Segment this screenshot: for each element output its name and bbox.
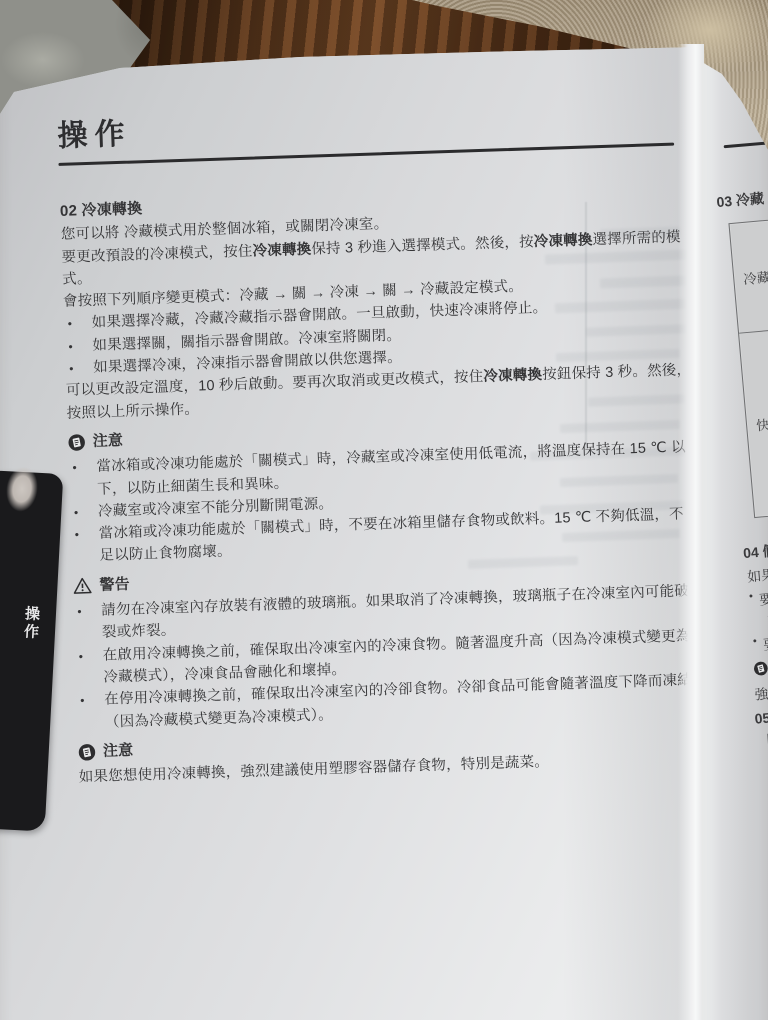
table-cell-power-cool: 快速冷藏 bbox=[739, 323, 768, 516]
right-intro-line: 如果您將 bbox=[746, 562, 768, 587]
chapter-tab-label: 操作 bbox=[20, 605, 43, 642]
right-note-row: 注意 bbox=[752, 655, 768, 679]
warning-label: 警告 bbox=[99, 574, 130, 597]
bold-term: 冷凍轉換 bbox=[252, 241, 311, 259]
left-page-blocks: 02 冷凍轉換您可以將 冷藏模式用於整個冰箱，或關閉冷凍室。要更改預設的冷凍模式… bbox=[60, 180, 707, 789]
manual-left-page: 操作 02 冷凍轉換您可以將 冷藏模式用於整個冰箱，或關閉冷凍室。要更改預設的冷… bbox=[0, 0, 703, 1020]
bullet-dot: • bbox=[65, 357, 94, 380]
left-page-content: 操作 02 冷凍轉換您可以將 冷藏模式用於整個冰箱，或關閉冷凍室。要更改預設的冷… bbox=[57, 99, 707, 789]
bullet-dot: • bbox=[752, 635, 758, 655]
bullet-dot: • bbox=[64, 335, 93, 358]
book-gutter bbox=[678, 44, 704, 1020]
manual-right-page: 03 冷藏 冷藏 快速冷藏 04 假日 如果您將 • 要啟用 功能， • 要取消… bbox=[702, 0, 768, 1020]
right-page-content: 03 冷藏 冷藏 快速冷藏 04 假日 如果您將 • 要啟用 功能， • 要取消… bbox=[702, 131, 768, 899]
chapter-title-rule-right bbox=[724, 137, 768, 148]
bullet-list: •請勿在冷凍室內存放裝有液體的玻璃瓶。如果取消了冷凍轉換，玻璃瓶子在冷凍室內可能… bbox=[73, 580, 705, 735]
section-05-heading: 05 開門響鈴 bbox=[754, 702, 768, 729]
bullet-dot: • bbox=[76, 689, 105, 734]
note-icon bbox=[67, 433, 86, 452]
bullet-dot: • bbox=[749, 591, 755, 611]
bullet-dot: • bbox=[74, 644, 103, 689]
bold-term: 冷凍轉換 bbox=[483, 367, 542, 385]
text-run: 保持 3 秒進入選擇模式。然後，按 bbox=[311, 234, 534, 257]
fridge-function-table: 冷藏 快速冷藏 bbox=[728, 213, 768, 518]
table-cell-fridge: 冷藏 bbox=[730, 215, 768, 333]
right-advice-line: 強烈建議 bbox=[754, 680, 768, 705]
note-icon bbox=[753, 660, 768, 676]
bullet-text: 要取消 bbox=[762, 631, 768, 655]
note-label: 注意 bbox=[92, 430, 123, 453]
bullet-text: 要啟用 bbox=[758, 586, 768, 610]
bullet-dot: • bbox=[63, 312, 92, 335]
note-label: 注意 bbox=[103, 740, 134, 763]
bullet-dot: • bbox=[70, 523, 99, 568]
warning-icon bbox=[72, 576, 93, 596]
note-icon bbox=[78, 743, 97, 762]
bullet-dot: • bbox=[73, 600, 102, 645]
text-run: 要更改預設的冷凍模式，按住 bbox=[61, 243, 253, 265]
bullet-list: •當冰箱或冷凍功能處於「關模式」時，冷藏室或冷凍室使用低電流，將溫度保持在 15… bbox=[68, 436, 699, 568]
right-bullet-item: • 要取消 bbox=[752, 631, 768, 655]
right-bullet-item: • 要啟用 bbox=[749, 586, 768, 610]
section-03-heading: 03 冷藏 bbox=[716, 188, 765, 212]
section-04-heading: 04 假日 bbox=[742, 539, 768, 563]
bold-term: 冷凍轉換 bbox=[533, 232, 592, 250]
bullet-dot: • bbox=[70, 501, 99, 524]
chapter-edge-tab: 操作 bbox=[0, 470, 63, 831]
bullet-dot: • bbox=[68, 456, 97, 501]
